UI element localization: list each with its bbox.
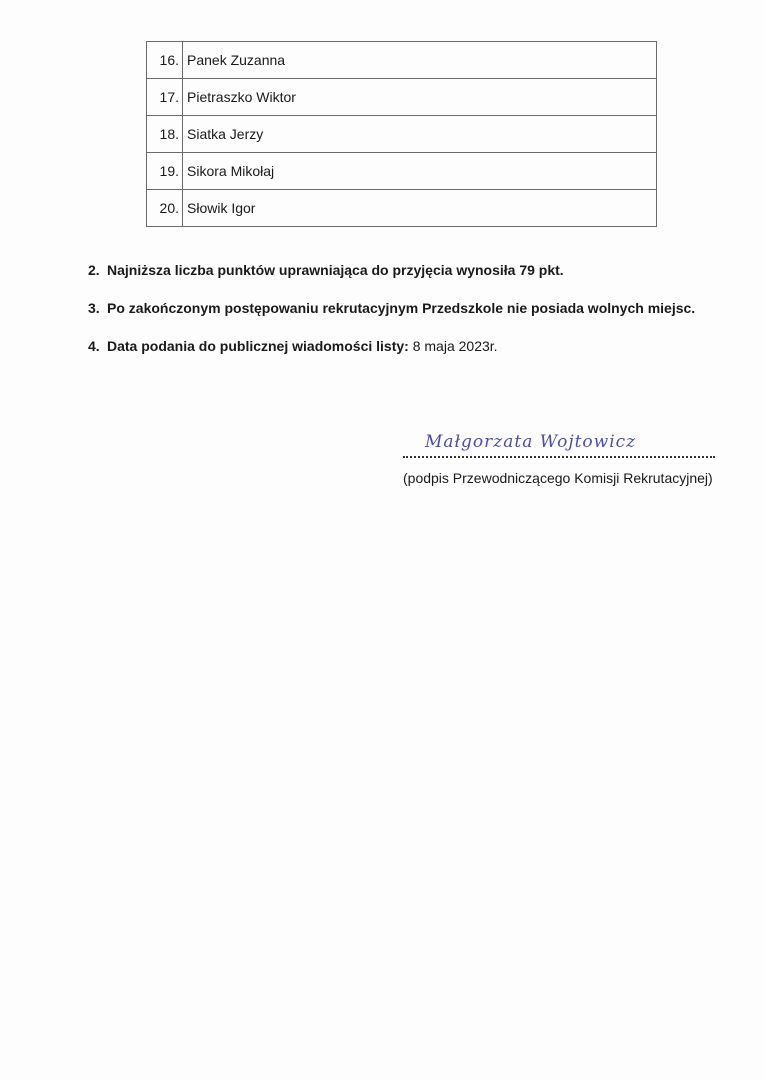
row-number: 17. <box>147 79 183 116</box>
point-min-score: 2.Najniższa liczba punktów uprawniająca … <box>88 262 564 278</box>
signature-dotted-line <box>403 456 715 458</box>
point-no-vacancies: 3.Po zakończonym postępowaniu rekrutacyj… <box>88 300 695 316</box>
point-publication-date: 4.Data podania do publicznej wiadomości … <box>88 338 498 354</box>
table-row: 18. Siatka Jerzy <box>147 116 657 153</box>
table-row: 20. Słowik Igor <box>147 190 657 227</box>
child-name: Siatka Jerzy <box>183 116 657 153</box>
child-name: Panek Zuzanna <box>183 42 657 79</box>
child-name: Sikora Mikołaj <box>183 153 657 190</box>
table-row: 16. Panek Zuzanna <box>147 42 657 79</box>
table-row: 19. Sikora Mikołaj <box>147 153 657 190</box>
child-name: Pietraszko Wiktor <box>183 79 657 116</box>
row-number: 16. <box>147 42 183 79</box>
signature-caption: (podpis Przewodniczącego Komisji Rekruta… <box>403 470 713 486</box>
admitted-list-table: 16. Panek Zuzanna 17. Pietraszko Wiktor … <box>146 41 657 227</box>
child-name: Słowik Igor <box>183 190 657 227</box>
document-page: 16. Panek Zuzanna 17. Pietraszko Wiktor … <box>0 0 764 1080</box>
row-number: 18. <box>147 116 183 153</box>
handwritten-signature: Małgorzata Wojtowicz <box>425 432 636 452</box>
row-number: 19. <box>147 153 183 190</box>
table-row: 17. Pietraszko Wiktor <box>147 79 657 116</box>
row-number: 20. <box>147 190 183 227</box>
